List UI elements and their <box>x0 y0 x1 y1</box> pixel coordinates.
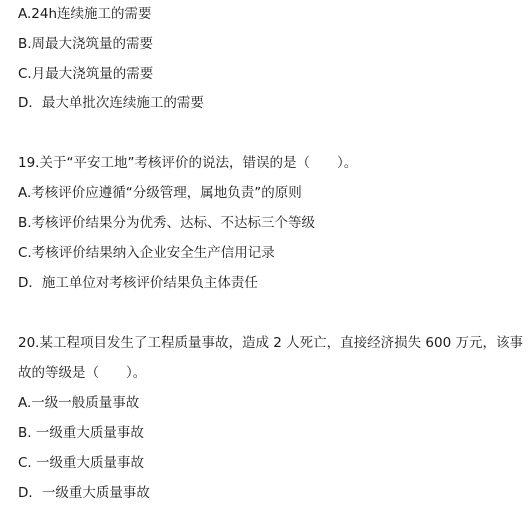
q20-option-a: A.一级一般质量事故 <box>18 393 139 413</box>
q20-stem-line1: 20.某工程项目发生了工程质量事故，造成 2 人死亡，直接经济损失 600 万元… <box>18 333 523 353</box>
q20-stem-line2: 故的等级是（ ）。 <box>18 363 146 383</box>
q18-option-d: D．最大单批次连续施工的需要 <box>18 93 204 113</box>
q18-option-c: C.月最大浇筑量的需要 <box>18 64 153 84</box>
q19-option-c: C.考核评价结果纳入企业安全生产信用记录 <box>18 243 275 263</box>
q20-option-c: C. 一级重大质量事故 <box>18 453 144 473</box>
q18-option-a: A.24h连续施工的需要 <box>18 4 152 24</box>
q19-stem: 19.关于“平安工地”考核评价的说法，错误的是（ ）。 <box>18 153 357 173</box>
q19-option-a: A.考核评价应遵循“分级管理，属地负责”的原则 <box>18 183 302 203</box>
q20-option-b: B. 一级重大质量事故 <box>18 423 144 443</box>
q18-option-b: B.周最大浇筑量的需要 <box>18 34 153 54</box>
q19-option-b: B.考核评价结果分为优秀、达标、不达标三个等级 <box>18 213 315 233</box>
q20-option-d: D．一级重大质量事故 <box>18 483 150 503</box>
q19-option-d: D．施工单位对考核评价结果负主体责任 <box>18 273 258 293</box>
